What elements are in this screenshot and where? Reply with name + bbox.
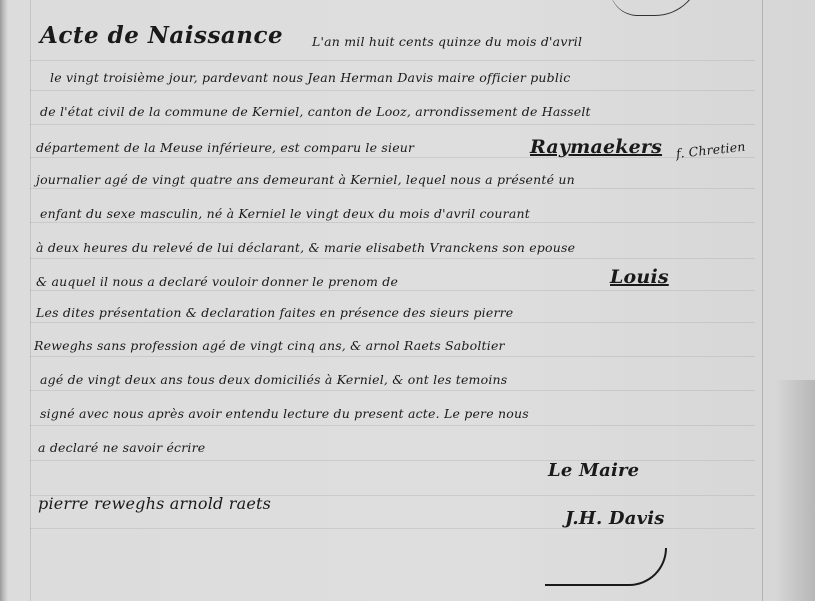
signature-flourish — [545, 548, 667, 586]
ruled-line — [30, 60, 755, 61]
ruled-line — [30, 188, 755, 189]
text-line-3: de l'état civil de la commune de Kerniel… — [40, 104, 591, 119]
ruled-line — [30, 258, 755, 259]
ruled-line — [30, 90, 755, 91]
text-line-12: signé avec nous après avoir entendu lect… — [40, 406, 529, 421]
right-margin-rule — [762, 0, 763, 601]
ruled-line — [30, 290, 755, 291]
child-firstname: Louis — [610, 266, 669, 288]
scan-shadow — [775, 380, 815, 601]
text-line-4: département de la Meuse inférieure, est … — [36, 140, 414, 155]
text-line-11: agé de vingt deux ans tous deux domicili… — [40, 372, 507, 387]
text-line-10: Reweghs sans profession agé de vingt cin… — [34, 338, 505, 353]
ruled-line — [30, 222, 755, 223]
witness-signatures: pierre reweghs arnold raets — [38, 494, 271, 513]
ruled-line — [30, 124, 755, 125]
mayor-signature: J.H. Davis — [565, 508, 665, 529]
text-line-2: le vingt troisième jour, pardevant nous … — [50, 70, 570, 85]
scanned-register-page: Acte de Naissance L'an mil huit cents qu… — [0, 0, 815, 601]
father-surname: Raymaekers — [530, 136, 662, 158]
mayor-label: Le Maire — [548, 460, 639, 481]
text-line-8: & auquel il nous a declaré vouloir donne… — [36, 274, 398, 289]
text-line-6: enfant du sexe masculin, né à Kerniel le… — [40, 206, 530, 221]
text-line-9: Les dites présentation & declaration fai… — [36, 305, 513, 320]
ruled-line — [30, 356, 755, 357]
text-line-7: à deux heures du relevé de lui déclarant… — [36, 240, 575, 255]
ruled-line — [30, 322, 755, 323]
text-line-5: journalier agé de vingt quatre ans demeu… — [36, 172, 575, 187]
pen-flourish — [610, 0, 701, 16]
ruled-line — [30, 460, 755, 461]
ruled-line — [30, 390, 755, 391]
document-title: Acte de Naissance — [40, 22, 283, 49]
text-line-1: L'an mil huit cents quinze du mois d'avr… — [312, 34, 582, 49]
text-line-13: a declaré ne savoir écrire — [38, 440, 205, 455]
ruled-line — [30, 425, 755, 426]
